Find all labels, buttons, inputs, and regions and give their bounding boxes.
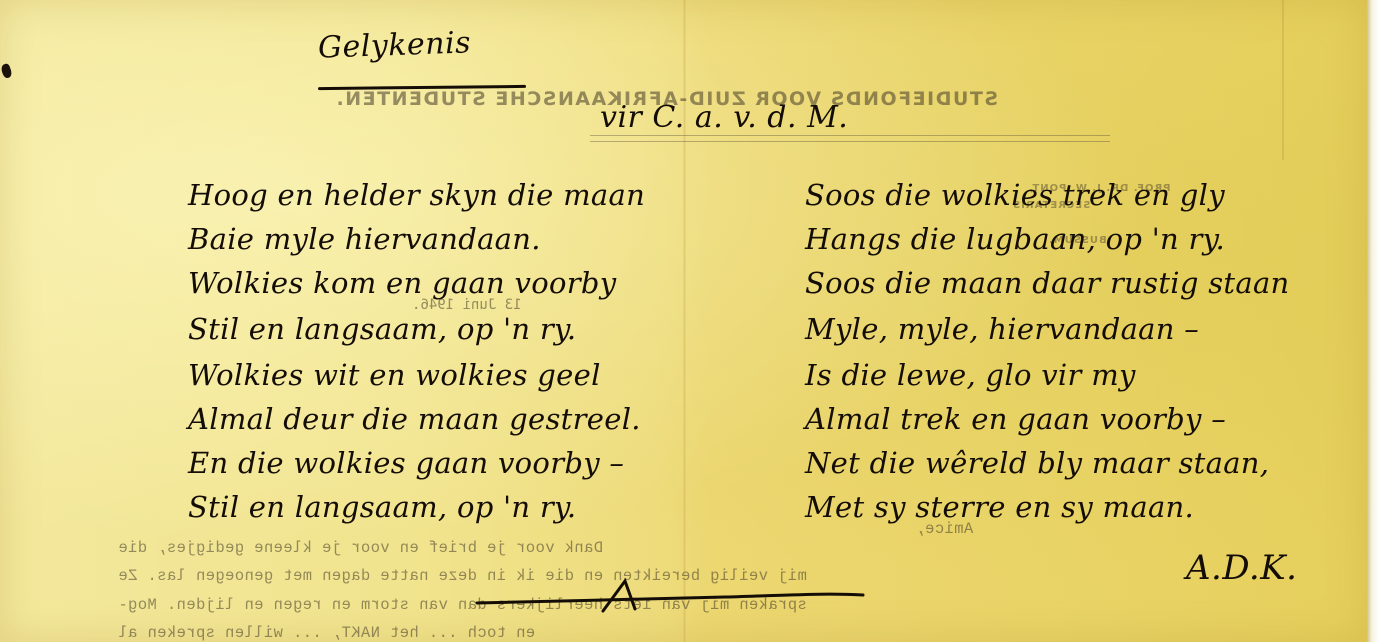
poem-line: Net die wêreld bly maar staan, (805, 446, 1269, 480)
letterhead-rule (590, 141, 1110, 142)
poem-line: Myle, myle, hiervandaan – (805, 312, 1199, 346)
poem-line: Hangs die lugbaan, op 'n ry. (805, 222, 1225, 256)
poem-line: Baie myle hiervandaan. (188, 222, 541, 256)
poem-line: En die wolkies gaan voorby – (188, 446, 624, 480)
poem-dedication: vir C. a. v. d. M. (600, 100, 848, 135)
poem-line: Stil en langsaam, op 'n ry. (188, 312, 576, 346)
signature: A.D.K. (1186, 548, 1297, 588)
typed-line-bleed-through: Dank voor je brief en voor je kleene ged… (118, 539, 603, 557)
poem-line: Wolkies wit en wolkies geel (188, 358, 601, 392)
poem-line: Hoog en helder skyn die maan (188, 178, 645, 212)
poem-line: Soos die wolkies trek en gly (805, 178, 1225, 212)
letterhead-rule (590, 135, 1110, 136)
poem-line: Wolkies kom en gaan voorby (188, 266, 616, 300)
poem-line: Almal deur die maan gestreel. (188, 402, 641, 436)
poem-line: Almal trek en gaan voorby – (805, 402, 1226, 436)
paper-crease (1282, 0, 1284, 160)
poem-title: Gelykenis (317, 25, 471, 65)
paper-edge (1367, 0, 1379, 642)
poem-line: Met sy sterre en sy maan. (805, 490, 1194, 524)
poem-line: Soos die maan daar rustig staan (805, 266, 1290, 300)
poem-line: Stil en langsaam, op 'n ry. (188, 490, 576, 524)
poem-line: Is die lewe, glo vir my (805, 358, 1136, 392)
typed-line-bleed-through: en toch ... het NAKT, ... willen spreken… (118, 624, 535, 642)
ink-scribble-mark (475, 575, 865, 615)
